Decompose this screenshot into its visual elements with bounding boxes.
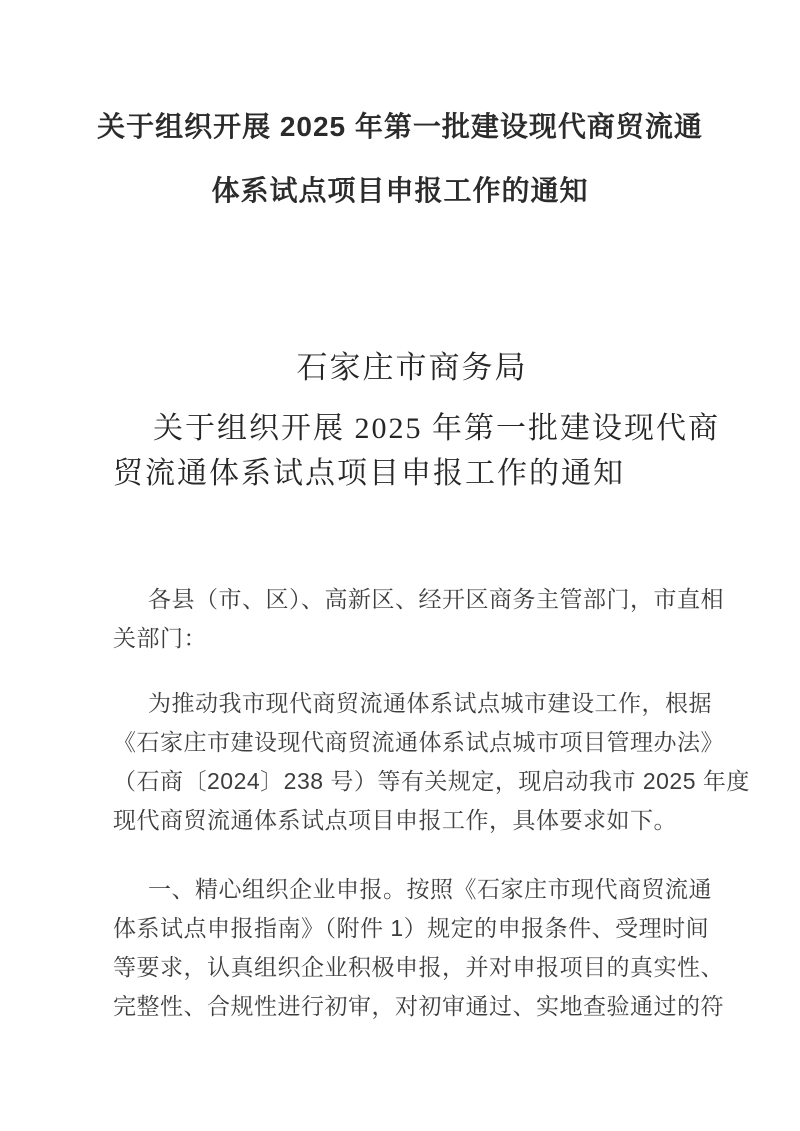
document-title-line-1: 关于组织开展 2025 年第一批建设现代商贸流通: [0, 95, 800, 159]
text-line: 为推动我市现代商贸流通体系试点城市建设工作，根据: [113, 684, 713, 723]
item1-paragraph: 一、精心组织企业申报。按照《石家庄市现代商贸流通 体系试点申报指南》（附件 1）…: [113, 870, 713, 1026]
text-line: 现代商贸流通体系试点项目申报工作，具体要求如下。: [113, 801, 713, 840]
text-line: 等要求，认真组织企业积极申报，并对申报项目的真实性、: [113, 948, 713, 987]
notice-body: 各县（市、区）、高新区、经开区商务主管部门，市直相 关部门： 为推动我市现代商贸…: [113, 580, 713, 1026]
text-line: 《石家庄市建设现代商贸流通体系试点城市项目管理办法》: [113, 723, 713, 762]
text-line: 各县（市、区）、高新区、经开区商务主管部门，市直相: [113, 580, 713, 619]
intro-paragraph: 为推动我市现代商贸流通体系试点城市建设工作，根据 《石家庄市建设现代商贸流通体系…: [113, 684, 713, 840]
salutation-paragraph: 各县（市、区）、高新区、经开区商务主管部门，市直相 关部门：: [113, 580, 713, 658]
notice-subtitle-line-2: 贸流通体系试点项目申报工作的通知: [113, 451, 697, 496]
notice-subtitle: 关于组织开展 2025 年第一批建设现代商 贸流通体系试点项目申报工作的通知: [113, 406, 697, 496]
text-line: （石商〔2024〕238 号）等有关规定，现启动我市 2025 年度: [113, 762, 713, 801]
text-line: 一、精心组织企业申报。按照《石家庄市现代商贸流通: [113, 870, 713, 909]
document-title-line-2: 体系试点项目申报工作的通知: [0, 159, 800, 223]
text-line: 完整性、合规性进行初审，对初审通过、实地查验通过的符: [113, 987, 713, 1026]
text-line: 体系试点申报指南》（附件 1）规定的申报条件、受理时间: [113, 909, 713, 948]
document-title: 关于组织开展 2025 年第一批建设现代商贸流通 体系试点项目申报工作的通知: [0, 95, 800, 223]
notice-subtitle-line-1: 关于组织开展 2025 年第一批建设现代商: [113, 406, 697, 451]
document-page: 关于组织开展 2025 年第一批建设现代商贸流通 体系试点项目申报工作的通知 石…: [0, 0, 800, 1131]
text-line: 关部门：: [113, 619, 713, 658]
agency-name: 石家庄市商务局: [12, 348, 800, 388]
